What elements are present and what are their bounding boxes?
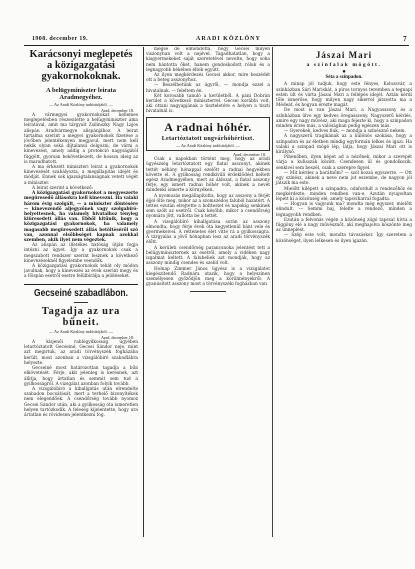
- article-gecseine-szabadlabon: Gecseiné szabadlábon. Tagadja az ura bűn…: [24, 289, 138, 419]
- article-end-rule: [190, 291, 226, 292]
- article-radnai-hoher: A radnai hóhér. Letartóztatott ungvárhóh…: [146, 117, 270, 152]
- article-karacsonyi-meglepetes: Karácsonyi meglepetés a közigazgatási gy…: [24, 49, 138, 280]
- title-divider: [74, 302, 88, 303]
- article-byline: Séta a szinpadon.: [276, 75, 412, 80]
- article-title: Jászai Mari: [276, 51, 412, 60]
- paragraph: Ezután a felvonás végén a közönség zúgó …: [276, 218, 412, 234]
- paragraph: — Szép este volt, mondta távozáskor. Így…: [276, 233, 412, 243]
- column-3: Jászai Mari a színfalak mögött. ● Séta a…: [272, 47, 412, 537]
- paragraph: De most is van Jászai Mari, a Nagyasszon…: [276, 108, 412, 129]
- paragraph: — Hogyan is vagyunk ma? mondta még egysz…: [276, 202, 412, 218]
- column-2: mégse de elmondotta, hogy Gecsei milyen …: [143, 47, 270, 537]
- paragraph: A közigazgatási gyakornokok tehát oly mó…: [24, 264, 138, 280]
- issue-date: 1908. december 19.: [32, 36, 88, 42]
- column-1: Karácsonyi meglepetés a közigazgatási gy…: [24, 47, 138, 517]
- paragraph: Két korosabb tanuló a kerületből. A páni…: [146, 94, 270, 115]
- article-byline: — Az Aradi Közlöny tudósitójától. —: [149, 143, 267, 148]
- page-header: 1908. december 19. ARADI KÖZLÖNY 7: [24, 35, 409, 46]
- paragraph: A vármegyei gyakornokokat kellemes megle…: [24, 113, 138, 165]
- paragraph: A kisjenői rablógyilkosság ügyében letar…: [24, 340, 138, 366]
- article-byline: — Az Aradi Közlöny tudósitójától. —: [24, 329, 138, 334]
- paragraph: mégse de elmondotta, hogy Gecsei milyen …: [146, 47, 270, 73]
- article-title: Karácsonyi meglepetés a közigazgatási gy…: [24, 49, 138, 82]
- paragraph: Pihenőben, ilyen képet ad a nézőnek, mik…: [276, 155, 412, 171]
- paragraph: Az ilyen megkérdezés Gecsei akkor, mire …: [146, 73, 270, 83]
- paragraph: A vizsgálóbíró kihallgatása során az ass…: [146, 220, 270, 246]
- paragraph: A ma érkezett miniszteri leirat a gyakor…: [24, 165, 138, 186]
- paragraph: A minap jól tudjuk, hogy este fényes, Ko…: [276, 82, 412, 108]
- section-divider: [24, 284, 138, 285]
- paragraph: Mielőtt kilépett a színpadra, odafordult…: [276, 187, 412, 203]
- paragraph: Holnap Zimmer János ügyész is a vizsgála…: [146, 267, 270, 288]
- paragraph-bold: A közigazgatási gyakornokot a megyeszert…: [24, 191, 138, 243]
- paragraph: — Mit kérdez a barátnőm? — szól hozzá eg…: [276, 171, 412, 187]
- paragraph: — Beszélhetünk az ügyről, — mondja ezzel…: [146, 83, 270, 93]
- article-subtitle: Tagadja az ura bűneit.: [24, 306, 138, 328]
- page-number: 7: [403, 35, 407, 43]
- paragraph: Gecseiné most határozottan tagadja a bűn…: [24, 366, 138, 387]
- paragraph: Az alispán az illetékes hatóság útján fo…: [24, 243, 138, 264]
- paragraph: A vizsgálóbiró a kihallgatás után elrend…: [24, 387, 138, 418]
- article-title: Gecseiné szabadlábon.: [33, 289, 130, 300]
- article-title: A radnai hóhér.: [149, 121, 267, 134]
- article-byline: — Az Aradi Közlöny tudósitójától. —: [24, 102, 138, 107]
- paragraph: A kerületi csendőrség parancsnoka jelent…: [146, 246, 270, 267]
- article-subtitle: A belügyminiszter leirata Aradmegyéhez.: [24, 87, 138, 101]
- paragraph: A nyomozás megállapította, hogy az asszo…: [146, 194, 270, 220]
- newspaper-title: ARADI KÖZLÖNY: [196, 36, 261, 42]
- article-title-line-1: Karácsonyi meglepetés: [24, 49, 138, 60]
- article-subtitle: a színfalak mögött.: [276, 62, 412, 68]
- article-title-line-2: a közigazgatási gyakornokoknak.: [24, 60, 138, 82]
- article-subtitle: Letartóztatott ungvárhóhértiszt.: [149, 136, 267, 142]
- paragraph: Csak a napokban történt meg, hogy az ara…: [146, 157, 270, 193]
- paragraph: A nagyszerű tragikának az a különös szok…: [276, 134, 412, 155]
- continued-text: mégse de elmondotta, hogy Gecsei milyen …: [146, 47, 270, 115]
